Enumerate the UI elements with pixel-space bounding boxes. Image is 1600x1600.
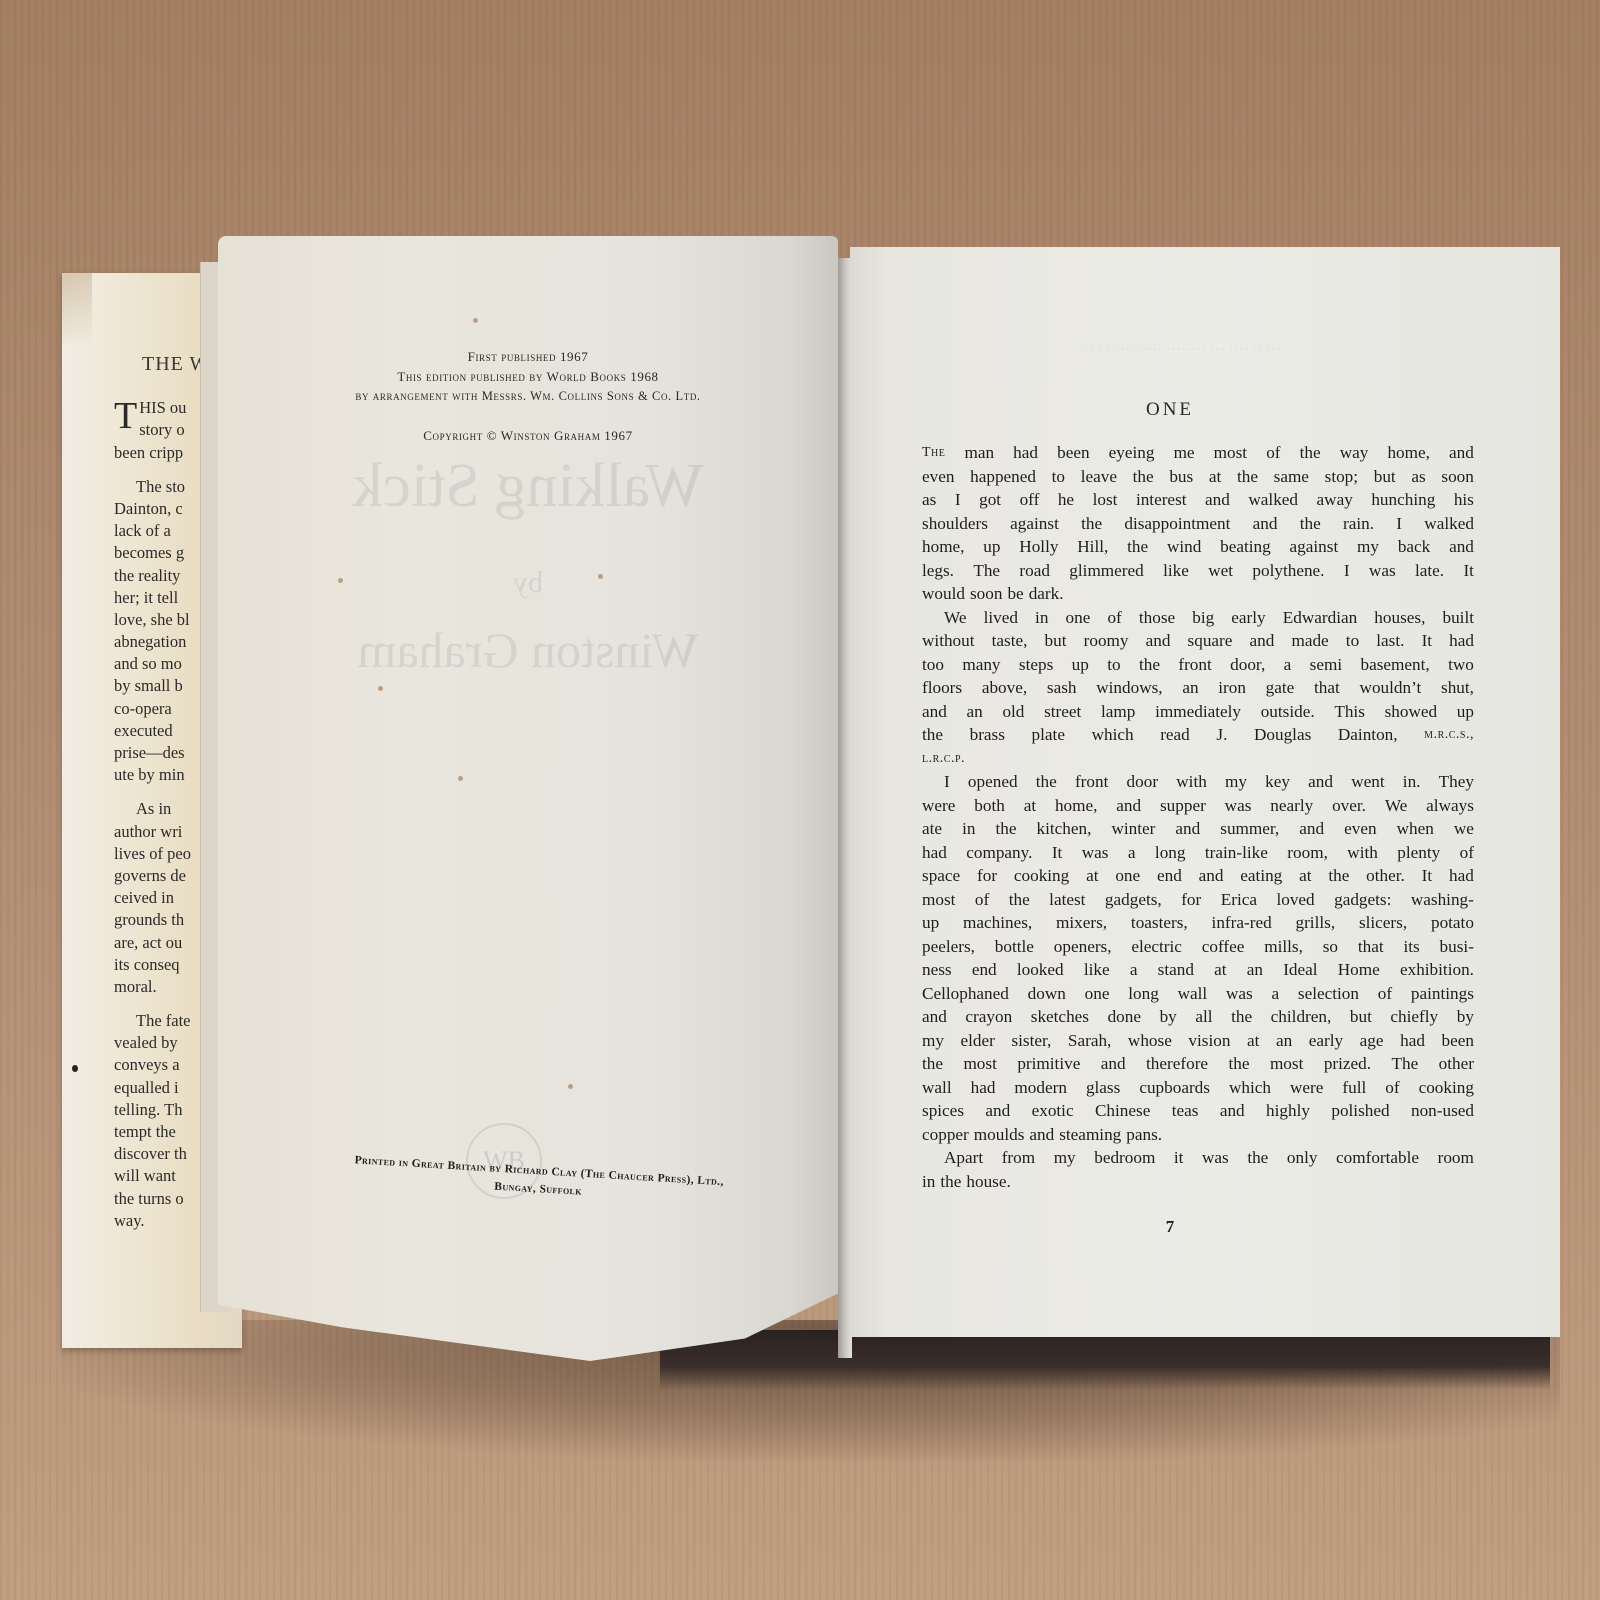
- word: walked: [1424, 512, 1474, 536]
- word: washing-: [1411, 888, 1474, 912]
- word: but: [1350, 1005, 1372, 1029]
- word: grills,: [1295, 911, 1335, 935]
- word: built: [1442, 606, 1474, 630]
- word: both: [974, 794, 1005, 818]
- word: against: [1010, 512, 1059, 536]
- word: even: [1344, 817, 1376, 841]
- blurb-text: story o: [139, 420, 184, 439]
- word: shut,: [1441, 676, 1474, 700]
- word: wind: [1167, 535, 1201, 559]
- text-line: werebothathome,andsupperwasnearlyover.We…: [922, 794, 1474, 818]
- text-line: ateinthekitchen,winterandsummer,andevenw…: [922, 817, 1474, 841]
- word: plenty: [1397, 841, 1440, 865]
- foxing-spot: [568, 1084, 573, 1089]
- word: I: [944, 770, 950, 794]
- word: house.: [966, 1170, 1010, 1194]
- word: he: [1058, 488, 1074, 512]
- word: up: [1457, 700, 1474, 724]
- word: supper: [1160, 794, 1206, 818]
- word: The: [973, 559, 1000, 583]
- word: front: [1178, 653, 1211, 677]
- copyright-block: First published 1967 This edition publis…: [278, 349, 778, 444]
- word: street: [1044, 700, 1081, 724]
- word: peelers,: [922, 935, 975, 959]
- word: the: [1237, 465, 1258, 489]
- word: cupboards: [1139, 1076, 1210, 1100]
- word: were: [1290, 1076, 1323, 1100]
- ink-dot: [72, 1065, 78, 1072]
- word: and: [1175, 817, 1200, 841]
- word: was: [1082, 841, 1109, 865]
- blurb-text: telling. Th: [114, 1100, 182, 1119]
- word: interest: [1136, 488, 1187, 512]
- word: chiefly: [1390, 1005, 1438, 1029]
- word: against: [1290, 535, 1339, 559]
- word: one: [1115, 864, 1140, 888]
- text-line: WelivedinoneofthosebigearlyEdwardianhous…: [922, 606, 1474, 630]
- word: an: [967, 700, 983, 724]
- word: a: [1271, 982, 1279, 1006]
- text-line: inthehouse.: [922, 1170, 1474, 1194]
- word: brass: [970, 723, 1005, 747]
- blurb-text: grounds th: [114, 910, 184, 929]
- word: It: [1463, 559, 1474, 583]
- word: summer,: [1220, 817, 1279, 841]
- word: with: [1176, 770, 1207, 794]
- word: Dainton,: [1338, 723, 1398, 747]
- word: in.: [1403, 770, 1421, 794]
- word: most: [922, 888, 955, 912]
- word: busi-: [1440, 935, 1474, 959]
- word: Edwardian: [1283, 606, 1357, 630]
- word: legs.: [922, 559, 954, 583]
- text-line: asIgotoffhelostinterestandwalkedawayhunc…: [922, 488, 1474, 512]
- word: stand: [1158, 958, 1194, 982]
- word: sash: [1047, 676, 1077, 700]
- word: square: [1188, 629, 1233, 653]
- word: Douglas: [1254, 723, 1311, 747]
- word: without: [922, 629, 975, 653]
- chapter-body-text: Themanhadbeeneyeingmemostofthewayhome,an…: [922, 441, 1474, 1193]
- blurb-text: will want: [114, 1166, 176, 1185]
- blurb-text: discover th: [114, 1144, 187, 1163]
- word: my: [1054, 1146, 1076, 1170]
- blurb-text: becomes g: [114, 543, 184, 562]
- word: in: [962, 817, 975, 841]
- word: to: [1052, 465, 1065, 489]
- word: gadgets:: [1334, 888, 1391, 912]
- word: exhibition.: [1400, 958, 1474, 982]
- word: lamp: [1101, 700, 1135, 724]
- word: looked: [1017, 958, 1064, 982]
- text-line: hadcompany.Itwasalongtrain-likeroom,with…: [922, 841, 1474, 865]
- foxing-spot: [473, 318, 478, 323]
- word: winter: [1111, 817, 1155, 841]
- word: at: [1024, 794, 1036, 818]
- word: machines,: [963, 911, 1032, 935]
- word: loved: [1276, 888, 1314, 912]
- word: in: [1035, 606, 1048, 630]
- text-line: Themanhadbeeneyeingmemostofthewayhome,an…: [922, 441, 1474, 465]
- word: most: [1214, 441, 1247, 465]
- text-line: wouldsoonbedark.: [922, 582, 1474, 606]
- blurb-text: the turns o: [114, 1189, 184, 1208]
- word: of: [1460, 841, 1474, 865]
- word: the: [1229, 1052, 1250, 1076]
- word: the: [1328, 864, 1349, 888]
- word: company.: [966, 841, 1032, 865]
- text-line: home,upHollyHill,thewindbeatingagainstmy…: [922, 535, 1474, 559]
- word: and: [1449, 441, 1474, 465]
- word: home,: [1387, 441, 1429, 465]
- word: at: [1086, 864, 1098, 888]
- word: and: [1449, 535, 1474, 559]
- word: road: [1019, 559, 1050, 583]
- word: glass: [1086, 1076, 1120, 1100]
- blurb-text: lives of peo: [114, 844, 191, 863]
- blurb-text: abnegation: [114, 632, 186, 651]
- word: glimmered: [1069, 559, 1143, 583]
- word: Erica: [1221, 888, 1257, 912]
- word: wouldn’t: [1360, 676, 1422, 700]
- word: from: [1002, 1146, 1035, 1170]
- word: which: [1229, 1076, 1271, 1100]
- word: non-used: [1411, 1099, 1474, 1123]
- word: early: [1231, 606, 1265, 630]
- word: went: [1351, 770, 1384, 794]
- word: and: [1308, 770, 1333, 794]
- word: highly: [1266, 1099, 1310, 1123]
- text-line: mostofthelatestgadgets,forEricalovedgadg…: [922, 888, 1474, 912]
- blurb-text: the reality: [114, 566, 180, 585]
- word: the: [995, 817, 1016, 841]
- word: wall: [922, 1076, 952, 1100]
- word: It: [1422, 864, 1433, 888]
- show-through-by: by: [478, 566, 578, 600]
- word: home,: [1055, 794, 1097, 818]
- word: we: [1454, 817, 1474, 841]
- word: openers,: [1054, 935, 1112, 959]
- word: steaming: [1059, 1123, 1121, 1147]
- text-line: Iopenedthefrontdoorwithmykeyandwentin.Th…: [922, 770, 1474, 794]
- word: cooking: [1419, 1076, 1474, 1100]
- word: so: [1323, 935, 1338, 959]
- arrangement-line: by arrangement with Messrs. Wm. Collins …: [278, 389, 778, 404]
- word: up: [922, 911, 939, 935]
- word: toasters,: [1131, 911, 1188, 935]
- word: had: [971, 1076, 996, 1100]
- word: and: [1029, 1123, 1054, 1147]
- word: cooking: [1014, 864, 1069, 888]
- word: old: [1002, 700, 1024, 724]
- show-through-text: ··· ·· ···· ··· ········ ···· · ··· · · …: [1080, 342, 1281, 359]
- word: one: [1085, 982, 1110, 1006]
- word: happened: [970, 465, 1036, 489]
- word: an: [1182, 676, 1198, 700]
- foxing-spot: [598, 574, 603, 579]
- word: it: [1174, 1146, 1184, 1170]
- blurb-text: vealed by: [114, 1033, 178, 1052]
- word: been: [1441, 1029, 1473, 1053]
- blurb-text: author wri: [114, 822, 182, 841]
- word: the: [1231, 1005, 1252, 1029]
- word: had: [1449, 864, 1474, 888]
- word: of: [1378, 982, 1392, 1006]
- word: selection: [1298, 982, 1359, 1006]
- chapter-page: ··· ·· ···· ··· ········ ···· · ··· · · …: [850, 247, 1560, 1337]
- word: the: [1081, 512, 1102, 536]
- word: latest: [1049, 888, 1085, 912]
- word: train-like: [1205, 841, 1268, 865]
- word: and: [1220, 1099, 1245, 1123]
- word: read: [1160, 723, 1190, 747]
- word: of: [1385, 1076, 1399, 1100]
- blurb-text: governs de: [114, 866, 186, 885]
- word: primitive: [1017, 1052, 1080, 1076]
- word: The: [922, 441, 945, 465]
- word: We: [944, 606, 966, 630]
- word: like: [1163, 559, 1189, 583]
- word: end: [972, 958, 997, 982]
- text-line: nessendlookedlikeastandatanIdealHomeexhi…: [922, 958, 1474, 982]
- word: the: [1036, 770, 1057, 794]
- word: plate: [1032, 723, 1065, 747]
- blurb-text: moral.: [114, 977, 157, 996]
- drop-cap: T: [114, 401, 137, 431]
- blurb-text: co-opera: [114, 699, 172, 718]
- word: iron: [1218, 676, 1246, 700]
- word: Ideal: [1283, 958, 1317, 982]
- word: ate: [922, 817, 942, 841]
- word: the: [922, 723, 943, 747]
- word: front: [1075, 770, 1108, 794]
- word: taste,: [992, 629, 1028, 653]
- word: kitchen,: [1037, 817, 1092, 841]
- word: outside.: [1261, 700, 1315, 724]
- word: age: [1360, 1029, 1384, 1053]
- word: eyeing: [1109, 441, 1155, 465]
- word: nearly: [1270, 794, 1313, 818]
- word: to: [1346, 629, 1359, 653]
- word: It: [1052, 841, 1063, 865]
- word: had: [1400, 1029, 1425, 1053]
- text-line: Apartfrommybedroomitwastheonlycomfortabl…: [922, 1146, 1474, 1170]
- blurb-text: The fate: [136, 1011, 191, 1030]
- word: We: [1385, 794, 1407, 818]
- word: whose: [1128, 1029, 1172, 1053]
- word: room,: [1287, 841, 1328, 865]
- word: at: [1247, 1029, 1259, 1053]
- text-line: spicesandexoticChineseteasandhighlypolis…: [922, 1099, 1474, 1123]
- text-line: floorsabove,sashwindows,anirongatethatwo…: [922, 676, 1474, 700]
- word: spices: [922, 1099, 964, 1123]
- word: by: [1160, 1005, 1177, 1029]
- text-line: peelers,bottleopeners,electriccoffeemill…: [922, 935, 1474, 959]
- word: Holly: [1019, 535, 1058, 559]
- word: shoulders: [922, 512, 988, 536]
- foxing-spot: [378, 686, 383, 691]
- word: showed: [1385, 700, 1438, 724]
- text-line: withouttaste,butroomyandsquareandmadetol…: [922, 629, 1474, 653]
- word: The: [1392, 1052, 1419, 1076]
- word: potato: [1431, 911, 1474, 935]
- word: last.: [1376, 629, 1404, 653]
- word: teas: [1172, 1099, 1199, 1123]
- word: and: [1116, 794, 1141, 818]
- word: that: [1314, 676, 1340, 700]
- word: the: [1247, 1146, 1268, 1170]
- blurb-text: tempt the: [114, 1122, 176, 1141]
- word: basement,: [1361, 653, 1430, 677]
- text-line: myeldersister,Sarah,whosevisionatanearly…: [922, 1029, 1474, 1053]
- word: was: [1369, 559, 1396, 583]
- word: that: [1358, 935, 1384, 959]
- word: infra-red: [1212, 911, 1272, 935]
- word: a: [1128, 841, 1136, 865]
- blurb-text: way.: [114, 1211, 145, 1230]
- word: modern: [1014, 1076, 1067, 1100]
- word: his: [1454, 488, 1474, 512]
- word: Apart: [944, 1146, 983, 1170]
- word: rain.: [1343, 512, 1374, 536]
- word: bus: [1169, 465, 1193, 489]
- word: polished: [1331, 1099, 1389, 1123]
- text-line: coppermouldsandsteamingpans.: [922, 1123, 1474, 1147]
- word: floors: [922, 676, 962, 700]
- word: and: [985, 1099, 1010, 1123]
- word: and: [1253, 512, 1278, 536]
- blurb-text: its conseq: [114, 955, 180, 974]
- text-line: andanoldstreetlampimmediatelyoutside.Thi…: [922, 700, 1474, 724]
- word: electric: [1131, 935, 1182, 959]
- blurb-text: and so mo: [114, 654, 182, 673]
- blurb-text: equalled i: [114, 1078, 179, 1097]
- chapter-heading: ONE: [850, 399, 1490, 421]
- text-line: toomanystepsuptothefrontdoor,asemibaseme…: [922, 653, 1474, 677]
- word: my: [922, 1029, 944, 1053]
- blurb-text: love, she bl: [114, 610, 190, 629]
- word: hunching: [1371, 488, 1435, 512]
- word: an: [1276, 1029, 1292, 1053]
- word: They: [1439, 770, 1474, 794]
- word: polythene.: [1252, 559, 1324, 583]
- word: an: [1247, 958, 1263, 982]
- word: would: [922, 582, 965, 606]
- text-line: shouldersagainstthedisappointmentandther…: [922, 512, 1474, 536]
- edition-line: This edition published by World Books 19…: [278, 369, 778, 385]
- word: stop;: [1325, 465, 1358, 489]
- word: only: [1287, 1146, 1318, 1170]
- word: in: [922, 1170, 935, 1194]
- word: houses,: [1374, 606, 1425, 630]
- word: for: [977, 864, 997, 888]
- word: had: [922, 841, 947, 865]
- word: had: [1013, 441, 1038, 465]
- word: of: [1107, 606, 1121, 630]
- word: off: [1020, 488, 1040, 512]
- word: door,: [1230, 653, 1265, 677]
- word: opened: [968, 770, 1018, 794]
- word: wall: [1178, 982, 1208, 1006]
- word: the: [1127, 535, 1148, 559]
- word: late.: [1415, 559, 1444, 583]
- word: Home: [1338, 958, 1380, 982]
- blurb-text: Dainton, c: [114, 499, 183, 518]
- word: as: [922, 488, 936, 512]
- word: up: [1072, 653, 1089, 677]
- word: was: [1225, 794, 1252, 818]
- word: were: [922, 794, 955, 818]
- copyright-line: Copyright © Winston Graham 1967: [278, 428, 778, 444]
- word: comfortable: [1336, 1146, 1419, 1170]
- blurb-text: ceived in: [114, 888, 174, 907]
- word: lost: [1093, 488, 1118, 512]
- word: Sarah,: [1068, 1029, 1111, 1053]
- word: long: [1128, 982, 1159, 1006]
- word: disappointment: [1124, 512, 1230, 536]
- word: its: [1403, 935, 1419, 959]
- word: l.r.c.p.: [922, 747, 965, 771]
- word: bottle: [995, 935, 1034, 959]
- word: J.: [1216, 723, 1227, 747]
- word: which: [1092, 723, 1134, 747]
- word: moulds: [974, 1123, 1025, 1147]
- word: always: [1426, 794, 1474, 818]
- text-line: Cellophaneddownonelongwallwasaselectiono…: [922, 982, 1474, 1006]
- word: Chinese: [1095, 1099, 1150, 1123]
- word: the: [1133, 465, 1154, 489]
- word: my: [1225, 770, 1247, 794]
- word: the: [1009, 888, 1030, 912]
- word: coffee: [1202, 935, 1245, 959]
- word: as: [1411, 465, 1425, 489]
- word: the: [1139, 653, 1160, 677]
- word: the: [922, 1052, 943, 1076]
- text-line: andcrayonsketchesdonebyallthechildren,bu…: [922, 1005, 1474, 1029]
- first-published-line: First published 1967: [278, 349, 778, 365]
- word: home,: [922, 535, 964, 559]
- word: made: [1291, 629, 1328, 653]
- word: big: [1192, 606, 1214, 630]
- word: of: [975, 888, 989, 912]
- word: end: [1157, 864, 1182, 888]
- word: me: [1174, 441, 1195, 465]
- word: semi: [1310, 653, 1342, 677]
- text-line: spaceforcookingatoneendandeatingattheoth…: [922, 864, 1474, 888]
- text-line: upmachines,mixers,toasters,infra-redgril…: [922, 911, 1474, 935]
- blurb-text: lack of a: [114, 521, 171, 540]
- blurb-text: are, act ou: [114, 933, 182, 952]
- word: I: [1396, 512, 1402, 536]
- word: I: [955, 488, 961, 512]
- copyright-page: Walking Stick by Winston Graham WB First…: [218, 236, 838, 1361]
- word: up: [983, 535, 1000, 559]
- word: over.: [1332, 794, 1366, 818]
- word: therefore: [1146, 1052, 1208, 1076]
- word: sketches: [1031, 1005, 1089, 1029]
- word: the: [940, 1170, 961, 1194]
- foxing-spot: [458, 776, 463, 781]
- blurb-text: conveys a: [114, 1055, 180, 1074]
- word: sister,: [1011, 1029, 1051, 1053]
- word: many: [962, 653, 1000, 677]
- word: most: [963, 1052, 996, 1076]
- word: back: [1398, 535, 1430, 559]
- word: ness: [922, 958, 952, 982]
- word: to: [1107, 653, 1120, 677]
- word: was: [1202, 1146, 1229, 1170]
- word: mixers,: [1056, 911, 1107, 935]
